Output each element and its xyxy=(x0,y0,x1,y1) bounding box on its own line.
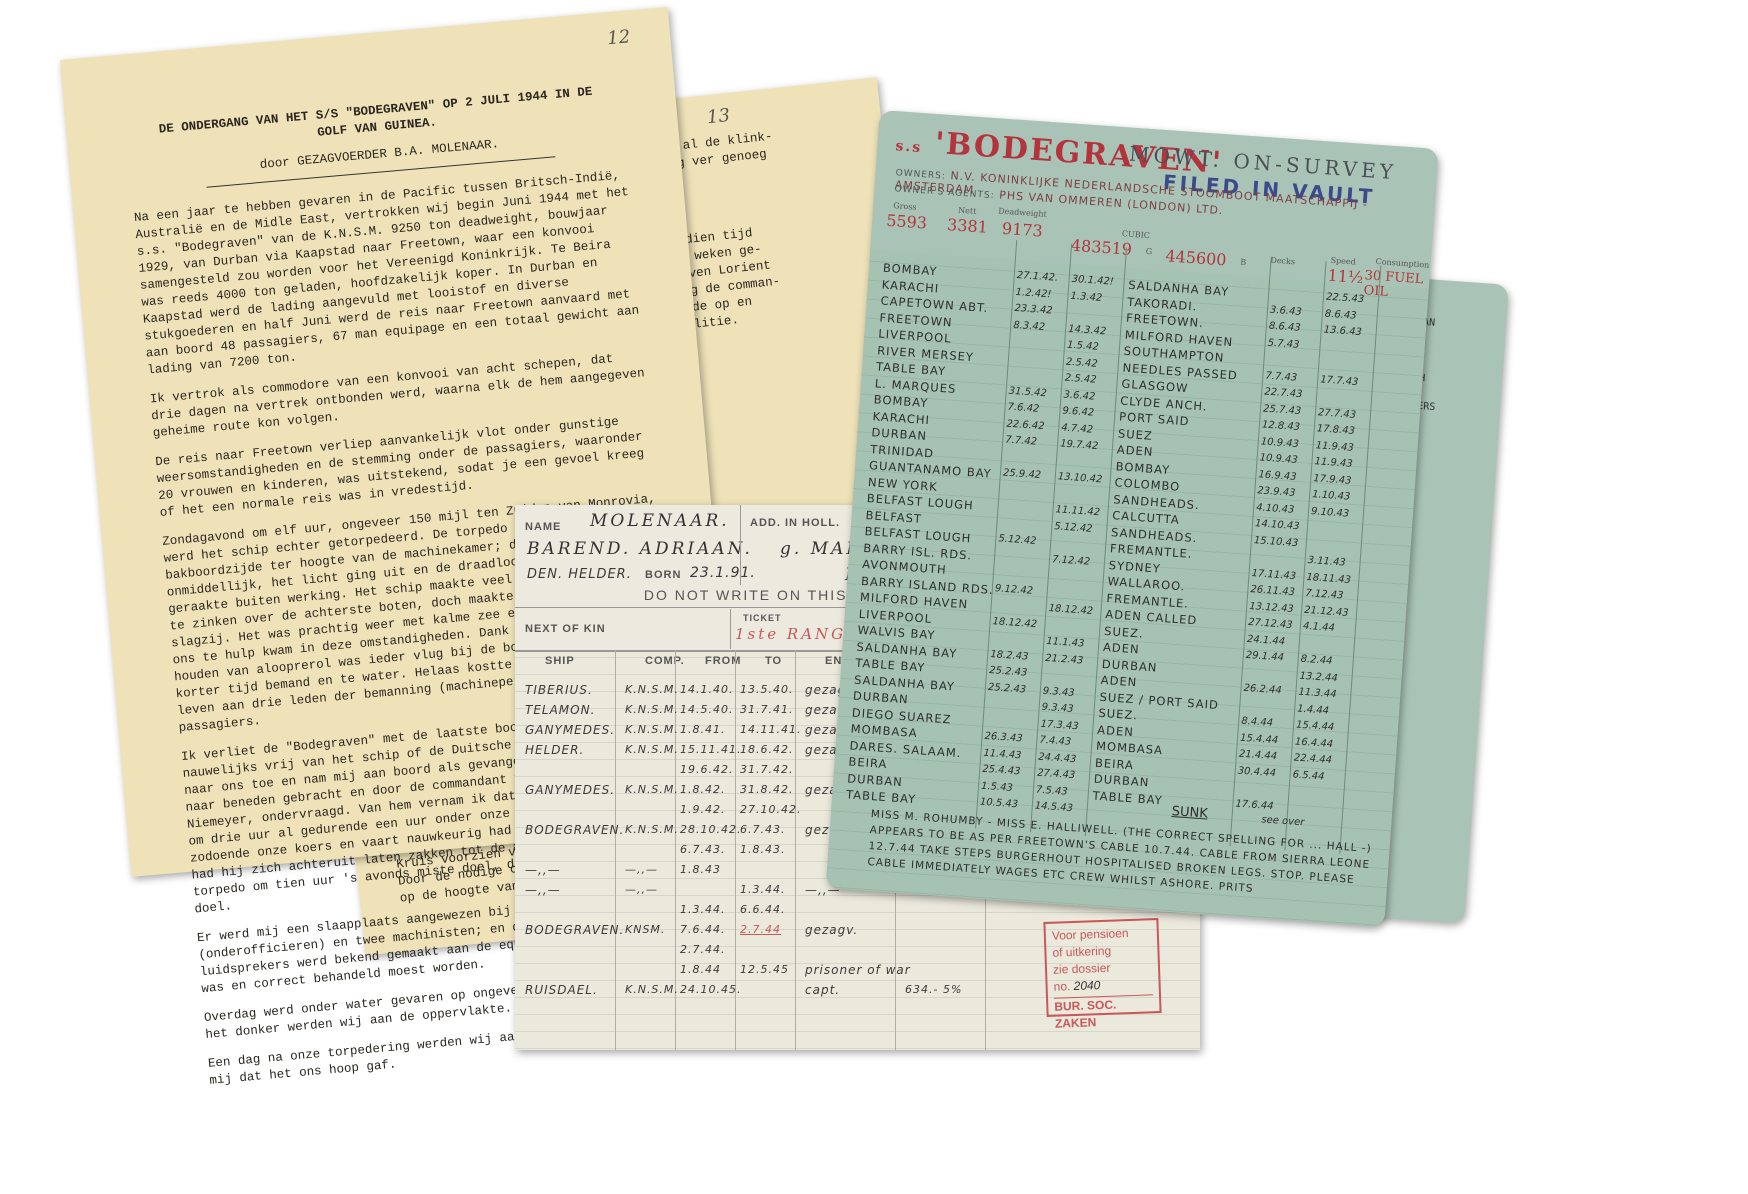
to-cell: 6.7.43. xyxy=(740,823,785,836)
to-cell: 27.10.42. xyxy=(740,803,801,816)
nett-tonnage: 3381 xyxy=(947,215,989,237)
arrival-date: 26.2.44 xyxy=(1243,683,1282,697)
departure-date: 1.10.43 xyxy=(1312,489,1351,503)
from-cell: 1.8.41. xyxy=(680,723,725,736)
to-cell: 14.11.41. xyxy=(740,723,801,736)
to-cell: 1.3.44. xyxy=(740,883,785,896)
company-cell: K.N.S.M. xyxy=(625,683,679,696)
column-header: TO xyxy=(765,655,782,667)
arrival-date: 8.6.43 xyxy=(1268,321,1301,334)
company-cell: K.N.S.M. xyxy=(625,983,679,996)
company-cell: K.N.S.M. xyxy=(625,783,679,796)
company-cell: K.N.S.M. xyxy=(625,703,679,716)
departure-date: 22.4.44 xyxy=(1293,752,1332,766)
arrival-date: 21.4.44 xyxy=(1239,749,1278,763)
port-entry: BELFAST xyxy=(865,508,922,526)
from-cell: 19.6.42. xyxy=(680,763,733,776)
port-entry: FREETOWN xyxy=(879,310,953,329)
from-cell: 1.8.44 xyxy=(680,963,721,976)
arrival-date: 22.7.43 xyxy=(1264,387,1303,401)
departure-date: 8.6.43 xyxy=(1325,308,1358,321)
company-cell: —,,— xyxy=(625,863,658,876)
cubic-bale: 445600 xyxy=(1165,246,1227,269)
departure-date: 17.3.43 xyxy=(1040,718,1079,732)
from-cell: 24.10.45. xyxy=(680,983,741,996)
port-entry: DURBAN xyxy=(1101,656,1157,674)
deadweight: 9173 xyxy=(1001,219,1043,241)
departure-date: 14.3.42 xyxy=(1068,323,1107,337)
birth-date: 23.1.91. xyxy=(690,565,756,581)
arrival-date: 24.1.44 xyxy=(1247,633,1286,647)
arrival-date: 1.2.42! xyxy=(1015,286,1052,299)
given-names: BAREND. ADRIAAN. xyxy=(527,539,753,559)
departure-date: 1.4.44 xyxy=(1297,703,1330,716)
departure-date: 22.5.43 xyxy=(1326,292,1365,306)
pension-stamp: Voor pensioenof uitkeringzie dossier no.… xyxy=(1043,918,1161,1017)
speed: 11½ xyxy=(1327,266,1364,287)
surname: MOLENAAR. xyxy=(590,511,730,531)
departure-date: 5.12.42 xyxy=(1054,521,1093,535)
departure-date: 11.9.43 xyxy=(1314,456,1353,470)
departure-date: 21.12.43 xyxy=(1304,604,1349,618)
departure-date: 21.2.43 xyxy=(1045,652,1084,666)
port-entry: TABLE BAY xyxy=(846,787,917,806)
arrival-date: 1.5.43 xyxy=(981,780,1014,793)
departure-date: 11.3.44 xyxy=(1298,687,1337,701)
column-header: COMP. xyxy=(645,655,685,667)
port-entry: ADEN xyxy=(1116,442,1153,459)
ship-cell: GANYMEDES. xyxy=(525,783,615,797)
departure-date: 7.4.43 xyxy=(1039,735,1072,748)
company-cell: K.N.S.M. xyxy=(625,823,679,836)
departure-date: 13.2.44 xyxy=(1299,670,1338,684)
port-entry: PORT SAID xyxy=(1119,409,1190,428)
departure-date: 17.7.43 xyxy=(1320,374,1359,388)
to-cell: 2.7.44 xyxy=(740,923,781,936)
from-cell: 1.8.42. xyxy=(680,783,725,796)
port-entry: TRINIDAD xyxy=(870,442,935,460)
from-cell: 14.5.40. xyxy=(680,703,733,716)
company-cell: K.N.S.M. xyxy=(625,743,679,756)
cubic-grain: 483519 xyxy=(1070,236,1132,259)
port-entry: TABLE BAY xyxy=(1092,788,1163,807)
wage-cell: 634.- 5% xyxy=(905,983,962,996)
arrival-date: 29.1.44 xyxy=(1245,650,1284,664)
departure-date: 13.10.42 xyxy=(1057,471,1102,485)
arrival-date: 8.4.44 xyxy=(1241,716,1274,729)
departure-date: 9.6.42 xyxy=(1062,405,1095,418)
handwritten-note: MISS M. ROHUMBY - MISS E. HALLIWELL. (TH… xyxy=(867,806,1390,906)
arrival-date: 9.12.42 xyxy=(995,583,1034,597)
arrival-date: 7.7.43 xyxy=(1265,370,1298,383)
arrival-date: 7.6.42 xyxy=(1007,402,1040,415)
from-cell: 15.11.41. xyxy=(680,743,741,756)
arrival-date: 23.9.43 xyxy=(1257,485,1296,499)
arrival-date: 16.9.43 xyxy=(1258,469,1297,483)
port-entry: MOMBASA xyxy=(1096,739,1164,758)
departure-date: 19.7.42 xyxy=(1060,438,1099,452)
from-cell: 6.7.43. xyxy=(680,843,725,856)
departure-date: 27.7.43 xyxy=(1318,407,1357,421)
departure-date: 7.5.43 xyxy=(1036,784,1069,797)
port-entry: CALCUTTA xyxy=(1112,508,1180,527)
ship-cell: —,,— xyxy=(525,883,561,897)
departure-date: 27.4.43 xyxy=(1037,768,1076,782)
departure-date: 30.1.42! xyxy=(1071,274,1114,288)
arrival-date: 31.5.42 xyxy=(1008,385,1047,399)
departure-date: 24.4.43 xyxy=(1038,751,1077,765)
arrival-date: 14.10.43 xyxy=(1255,518,1300,532)
gross-tonnage: 5593 xyxy=(886,211,928,233)
departure-date: 3.6.42 xyxy=(1063,389,1096,402)
port-entry: ADEN xyxy=(1100,673,1137,690)
departure-date: 16.4.44 xyxy=(1295,736,1334,750)
port-entry: SUEZ. xyxy=(1104,623,1144,640)
arrival-date: 27.12.43 xyxy=(1248,617,1293,631)
card-header: s.s 'BODEGRAVEN' MOWT. ON-SURVEY FILED I… xyxy=(870,110,1438,289)
ticket-class: 1ste RANG xyxy=(735,625,846,643)
arrival-date: 5.7.43 xyxy=(1267,337,1300,350)
departure-date: 9.10.43 xyxy=(1311,506,1350,520)
arrival-date: 17.11.43 xyxy=(1251,568,1296,582)
from-cell: 28.10.42. xyxy=(680,823,741,836)
port-entry: KARACHI xyxy=(881,277,939,295)
departure-date: 11.9.43 xyxy=(1315,440,1354,454)
engaged-cell: prisoner of war xyxy=(805,963,911,977)
arrival-date: 26.3.43 xyxy=(984,731,1023,745)
from-cell: 1.9.42. xyxy=(680,803,725,816)
arrival-date: 15.4.44 xyxy=(1240,732,1279,746)
arrival-date: 10.9.43 xyxy=(1260,436,1299,450)
port-entry: BOMBAY xyxy=(873,392,928,410)
departure-date: 18.12.42 xyxy=(1048,603,1093,617)
port-entry: BOMBAY xyxy=(883,261,938,279)
company-cell: KNSM. xyxy=(625,923,665,936)
sunk-label: SUNK xyxy=(1171,804,1208,821)
arrival-date: 25.4.43 xyxy=(982,764,1021,778)
departure-date: 9.3.43 xyxy=(1041,702,1074,715)
company-cell: —,,— xyxy=(625,883,658,896)
arrival-date: 3.6.43 xyxy=(1270,304,1303,317)
port-entry: DURBAN xyxy=(853,689,909,707)
arrival-date: 25.9.42 xyxy=(1003,467,1042,481)
departure-date: 11.11.42 xyxy=(1055,504,1100,518)
to-cell: 12.5.45 xyxy=(740,963,789,976)
ship-cell: TIBERIUS. xyxy=(525,683,593,697)
arrival-date: 18.12.42 xyxy=(992,616,1037,630)
arrival-date: 25.2.43 xyxy=(989,665,1028,679)
port-entry: MOMBASA xyxy=(850,721,918,740)
ship-record-card: s.s 'BODEGRAVEN' MOWT. ON-SURVEY FILED I… xyxy=(826,110,1439,927)
port-entry: TABLE BAY xyxy=(855,656,926,675)
ship-cell: BODEGRAVEN. xyxy=(525,823,624,837)
departure-date: 6.5.44 xyxy=(1292,769,1325,782)
ship-cell: GANYMEDES. xyxy=(525,723,615,737)
departure-date: 17.9.43 xyxy=(1313,473,1352,487)
port-entry: TABLE BAY xyxy=(876,359,947,378)
arrival-date: 10.5.43 xyxy=(980,797,1019,811)
to-cell: 18.6.42. xyxy=(740,743,793,756)
consumption: 30 FUEL OIL xyxy=(1363,268,1430,302)
port-entry: LIVERPOOL xyxy=(878,326,952,345)
to-cell: 31.7.41. xyxy=(740,703,793,716)
departure-date: 18.11.43 xyxy=(1306,571,1351,585)
arrival-date: 30.4.44 xyxy=(1237,765,1276,779)
departure-date: 17.8.43 xyxy=(1316,423,1355,437)
departure-date: 2.5.42 xyxy=(1066,356,1099,369)
departure-date: 4.1.44 xyxy=(1303,621,1336,634)
port-entry: NEW YORK xyxy=(868,475,939,494)
port-entry: LIVERPOOL xyxy=(858,606,932,625)
port-entry: DURBAN xyxy=(847,771,903,789)
ship-cell: —,,— xyxy=(525,863,561,877)
from-cell: 1.3.44. xyxy=(680,903,725,916)
from-cell: 7.6.44. xyxy=(680,923,725,936)
arrival-date: 18.2.43 xyxy=(990,649,1029,663)
ship-cell: TELAMON. xyxy=(525,703,595,717)
engaged-cell: gezagv. xyxy=(805,923,858,937)
arrival-date: 4.10.43 xyxy=(1256,502,1295,516)
from-cell: 1.8.43 xyxy=(680,863,721,876)
arrival-date: 13.12.43 xyxy=(1249,600,1294,614)
birthplace: DEN. HELDER. xyxy=(527,567,632,582)
column-header: SHIP xyxy=(545,655,575,667)
departure-date: 3.11.43 xyxy=(1307,555,1346,569)
port-entry: COLOMBO xyxy=(1114,475,1181,494)
see-over-note: see over xyxy=(1261,814,1305,828)
departure-date: 9.3.43 xyxy=(1043,685,1076,698)
port-entry: KARACHI xyxy=(872,409,930,427)
to-cell: 13.5.40. xyxy=(740,683,793,696)
arrival-date: 23.3.42 xyxy=(1014,303,1053,317)
arrival-date: 27.1.42. xyxy=(1016,270,1058,284)
arrival-date: 7.7.42 xyxy=(1005,435,1038,448)
port-entry: TAKORADI. xyxy=(1127,294,1198,313)
arrival-date: 22.6.42 xyxy=(1006,418,1045,432)
from-cell: 14.1.40. xyxy=(680,683,733,696)
departure-date: 7.12.43 xyxy=(1305,588,1344,602)
arrival-date: 25.7.43 xyxy=(1263,403,1302,417)
arrival-date: 15.10.43 xyxy=(1254,535,1299,549)
port-entry: ADEN xyxy=(1097,722,1134,739)
from-cell: 2.7.44. xyxy=(680,943,725,956)
ship-cell: HELDER. xyxy=(525,743,584,757)
arrival-date: 25.2.43 xyxy=(988,681,1027,695)
page-number: 13 xyxy=(706,107,731,126)
port-entry: SUEZ. xyxy=(1098,706,1138,723)
departure-date: 4.7.42 xyxy=(1061,422,1094,435)
company-cell: K.N.S.M. xyxy=(625,723,679,736)
engaged-cell: capt. xyxy=(805,983,840,997)
port-entry: SUEZ xyxy=(1118,426,1154,442)
arrival-date: 8.3.42 xyxy=(1013,319,1046,332)
departure-date: 11.1.43 xyxy=(1046,636,1085,650)
port-entry: GLASGOW xyxy=(1121,377,1189,396)
port-entry: ADEN xyxy=(1103,640,1140,657)
departure-date: 15.4.44 xyxy=(1296,720,1335,734)
departure-date: 14.5.43 xyxy=(1034,801,1073,815)
page-number: 12 xyxy=(607,28,631,47)
to-cell: 1.8.43. xyxy=(740,843,785,856)
to-cell: 31.8.42. xyxy=(740,783,793,796)
departure-date: 1.3.42 xyxy=(1070,290,1103,303)
port-entry: DURBAN xyxy=(1093,772,1149,790)
arrival-date: 12.8.43 xyxy=(1262,419,1301,433)
port-entry: DURBAN xyxy=(871,425,927,443)
arrival-date: 10.9.43 xyxy=(1259,452,1298,466)
arrival-date: 11.4.43 xyxy=(983,747,1022,761)
departure-date: 2.5.42 xyxy=(1064,373,1097,386)
to-cell: 31.7.42. xyxy=(740,763,793,776)
to-cell: 6.6.44. xyxy=(740,903,785,916)
ship-cell: RUISDAEL. xyxy=(525,983,598,997)
port-entry: SYDNEY xyxy=(1108,558,1161,576)
port-entry: BEIRA xyxy=(848,754,888,771)
departure-date: 1.5.42 xyxy=(1067,340,1100,353)
departure-date: 8.2.44 xyxy=(1300,654,1333,667)
departure-date: 13.6.43 xyxy=(1323,325,1362,339)
port-entry: BEIRA xyxy=(1095,755,1135,772)
arrival-date: 5.12.42 xyxy=(998,533,1037,547)
ship-cell: BODEGRAVEN. xyxy=(525,923,624,937)
paragraph: Na een jaar te hebben gevaren in de Paci… xyxy=(133,167,646,380)
departure-date: 7.12.42 xyxy=(1052,554,1091,568)
arrival-date: 17.6.44 xyxy=(1235,798,1274,812)
arrival-date: 26.11.43 xyxy=(1250,584,1295,598)
port-entry: BOMBAY xyxy=(1115,459,1170,477)
